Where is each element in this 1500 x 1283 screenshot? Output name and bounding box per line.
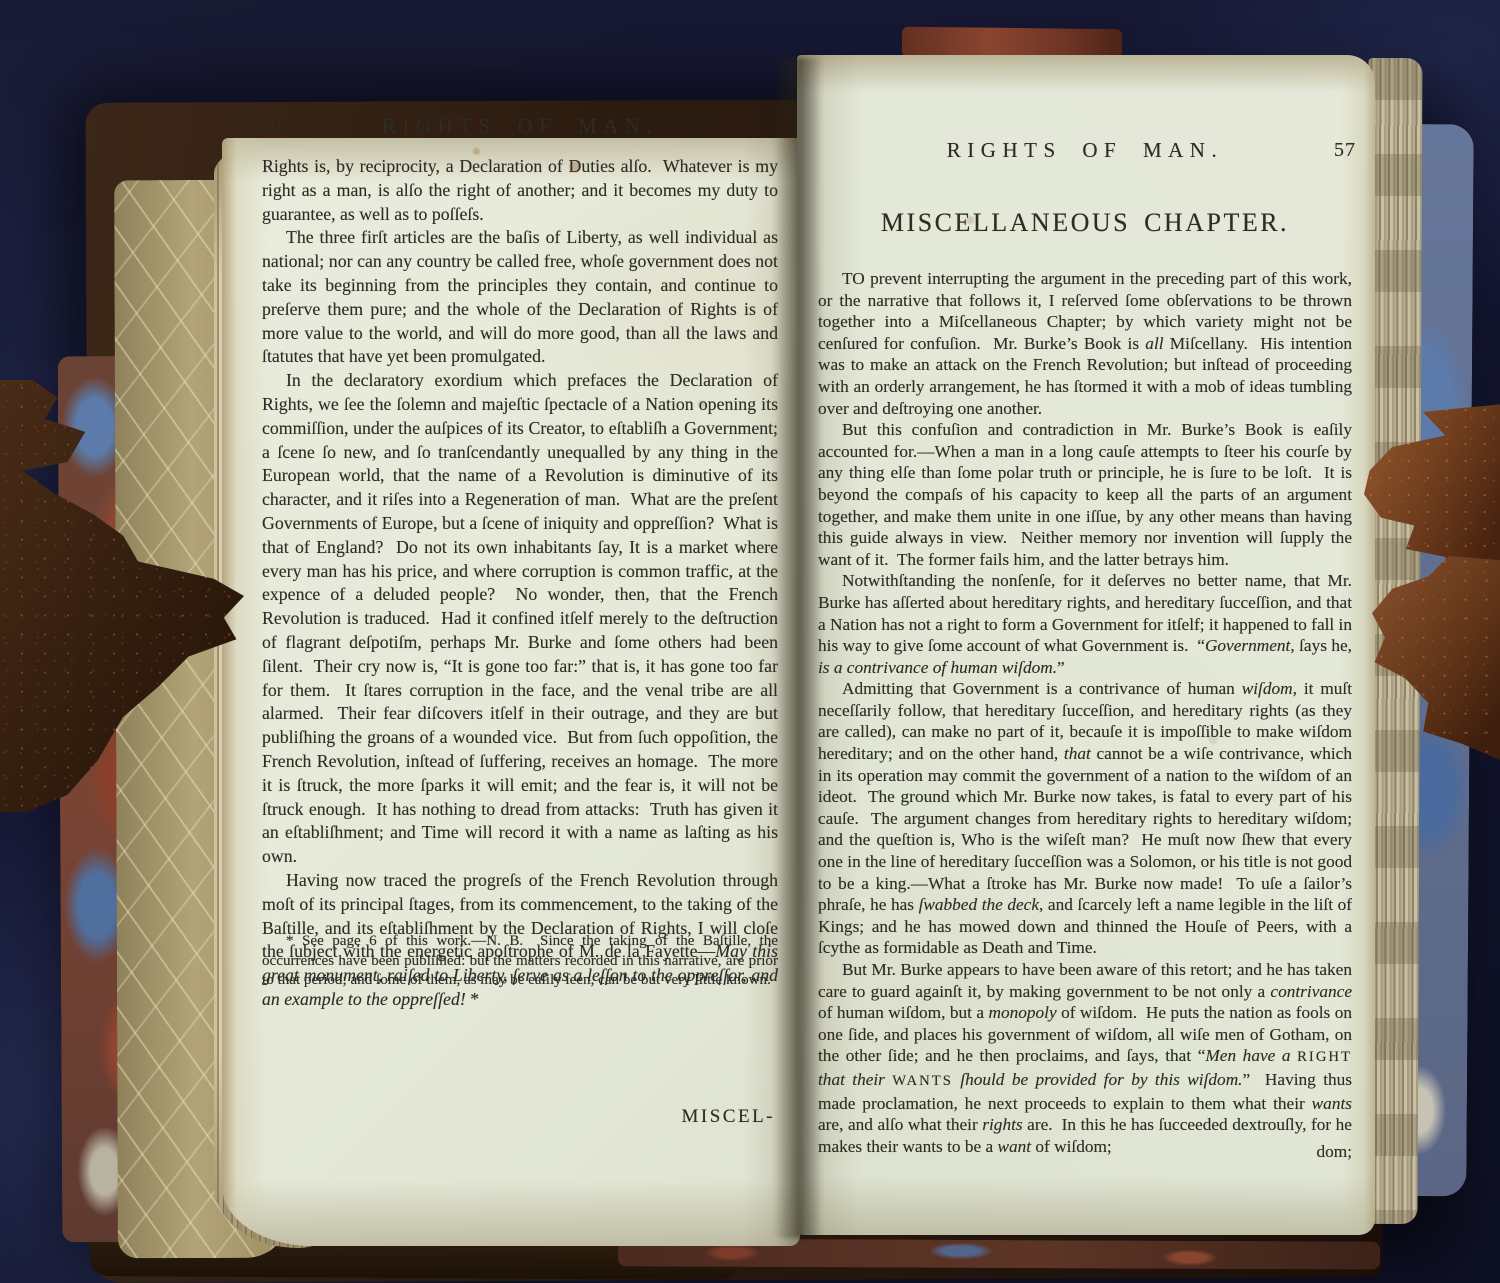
- paragraph: TO prevent interrupting the argument in …: [818, 268, 1352, 419]
- paragraph: Admitting that Government is a contrivan…: [818, 678, 1352, 959]
- page-56-running-head: 56 RIGHTS OF MAN.: [262, 114, 778, 146]
- paragraph: But this confuſion and contradiction in …: [818, 419, 1352, 570]
- catchword-left: MISCEL-: [262, 1106, 775, 1128]
- paragraph: In the declaratory exordium which prefac…: [262, 369, 778, 869]
- paragraph: Rights is, by reciprocity, a Declaration…: [262, 155, 778, 226]
- paragraph: Notwithſtanding the nonſenſe, for it deſ…: [818, 570, 1352, 678]
- page-57-running-head: RIGHTS OF MAN. 57: [818, 138, 1352, 170]
- running-title-right: RIGHTS OF MAN.: [818, 138, 1352, 163]
- running-title-left: RIGHTS OF MAN.: [262, 114, 778, 139]
- book-photo: { "book_title_running": "RIGHTS OF MAN."…: [0, 0, 1500, 1283]
- paragraph: The three firſt articles are the baſis o…: [262, 226, 778, 369]
- page-57-text-block: RIGHTS OF MAN. 57 MISCELLANEOUS CHAPTER.…: [818, 138, 1352, 1157]
- page-number-57: 57: [1334, 139, 1356, 162]
- paragraph: * See page 6 of this work.—N. B. Since t…: [262, 932, 778, 991]
- chapter-title: MISCELLANEOUS CHAPTER.: [818, 208, 1352, 238]
- page-56-text-block: 56 RIGHTS OF MAN. Rights is, by reciproc…: [262, 114, 778, 1012]
- page-number-56: 56: [260, 115, 282, 138]
- catchword-right: dom;: [818, 1142, 1352, 1162]
- page-57-body: TO prevent interrupting the argument in …: [818, 268, 1352, 1157]
- paragraph: But Mr. Burke appears to have been aware…: [818, 959, 1352, 1157]
- gutter-shadow: [772, 58, 822, 1238]
- page-56-footnote: * See page 6 of this work.—N. B. Since t…: [262, 932, 778, 991]
- page-56-body: Rights is, by reciprocity, a Declaration…: [262, 155, 778, 1012]
